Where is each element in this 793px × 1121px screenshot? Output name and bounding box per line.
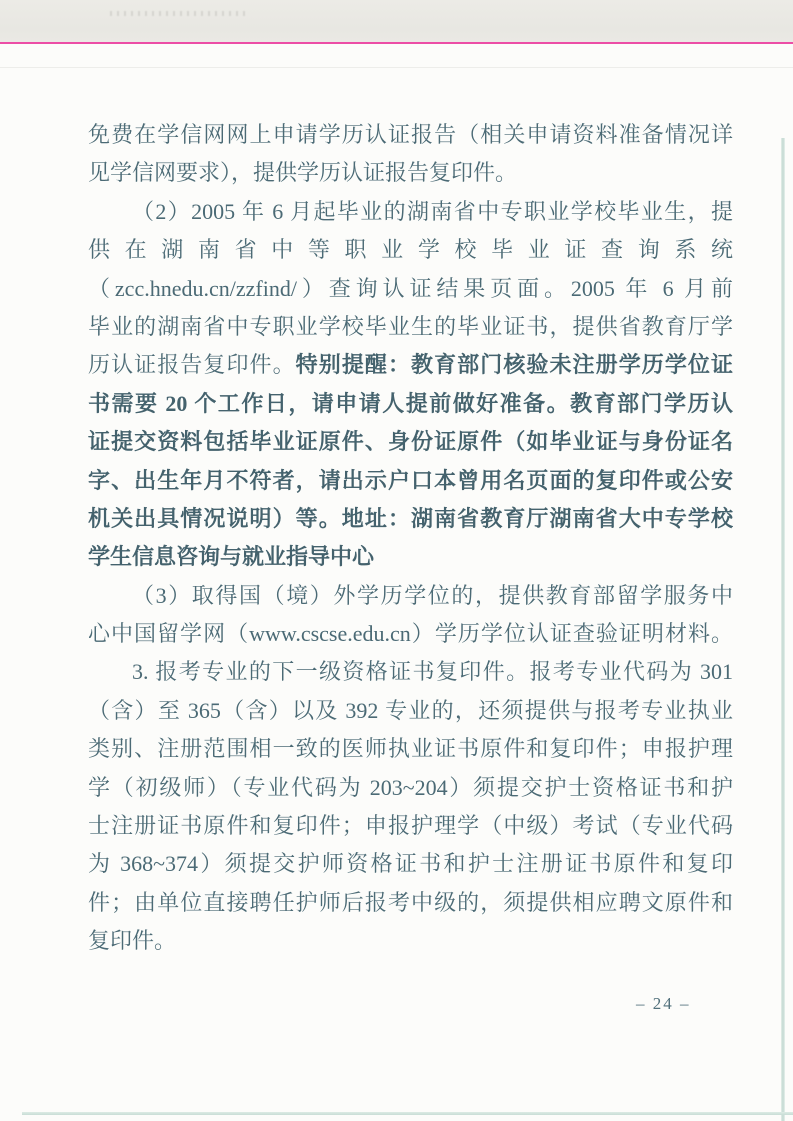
text-line: 心中国留学网（www.cscse.edu.cn）学历学位认证查验证明材料。 [88,615,733,653]
text-line: 字、出生年月不符者，请出示户口本曾用名页面的复印件或公安 [88,462,733,500]
text-line: 为 368~374）须提交护师资格证书和护士注册证书原件和复印 [88,845,733,883]
bold-text-segment: 书需要 20 个工作日，请申请人提前做好准备。教育部门学历认 [88,391,733,416]
pink-horizontal-rule [0,42,793,44]
text-line: 见学信网要求），提供学历认证报告复印件。 [88,154,733,192]
bold-text-segment: 学生信息咨询与就业指导中心 [88,544,374,569]
text-segment: 件；由单位直接聘任护师后报考中级的，须提供相应聘文原件和 [88,890,733,915]
text-segment: 心中国留学网（www.cscse.edu.cn）学历学位认证查验证明材料。 [88,621,733,646]
text-segment: （2）2005 年 6 月起毕业的湖南省中专职业学校毕业生，提 [132,199,733,224]
text-line: 复印件。 [88,922,733,960]
scan-top-band [0,0,793,42]
text-segment: （含）至 365（含）以及 392 专业的，还须提供与报考专业执业 [88,698,733,723]
text-segment: 3. 报考专业的下一级资格证书复印件。报考专业代码为 301 [132,659,733,684]
text-line: 学生信息咨询与就业指导中心 [88,538,733,576]
text-line: 士注册证书原件和复印件；申报护理学（中级）考试（专业代码 [88,807,733,845]
faint-scan-line [0,67,793,68]
bold-text-segment: 证提交资料包括毕业证原件、身份证原件（如毕业证与身份证名 [88,429,733,454]
text-segment: 类别、注册范围相一致的医师执业证书原件和复印件；申报护理 [88,736,733,761]
text-line: 3. 报考专业的下一级资格证书复印件。报考专业代码为 301 [88,653,733,691]
text-segment: 免费在学信网网上申请学历认证报告（相关申请资料准备情况详 [88,122,733,147]
text-line: 书需要 20 个工作日，请申请人提前做好准备。教育部门学历认 [88,385,733,423]
text-segment: 学（初级师）（专业代码为 203~204）须提交护士资格证书和护 [88,775,733,800]
text-line: 毕业的湖南省中专职业学校毕业生的毕业证书，提供省教育厅学 [88,308,733,346]
text-segment: 历认证报告复印件。 [88,352,296,377]
text-line: 学（初级师）（专业代码为 203~204）须提交护士资格证书和护 [88,769,733,807]
bold-text-segment: 字、出生年月不符者，请出示户口本曾用名页面的复印件或公安 [88,468,733,493]
text-line: 件；由单位直接聘任护师后报考中级的，须提供相应聘文原件和 [88,884,733,922]
text-segment: 复印件。 [88,928,176,953]
bold-text-segment: 特别提醒：教育部门核验未注册学历学位证 [296,352,733,377]
text-segment: 供在湖南省中等职业学校毕业证查询系统 [88,237,733,262]
text-line: （zcc.hnedu.cn/zzfind/）查询认证结果页面。2005 年 6 … [88,270,733,308]
document-text: 免费在学信网网上申请学历认证报告（相关申请资料准备情况详见学信网要求），提供学历… [88,116,733,961]
text-line: （含）至 365（含）以及 392 专业的，还须提供与报考专业执业 [88,692,733,730]
scan-noise [110,11,250,16]
text-segment: 士注册证书原件和复印件；申报护理学（中级）考试（专业代码 [88,813,733,838]
text-segment: （3）取得国（境）外学历学位的，提供教育部留学服务中 [132,583,733,608]
text-segment: （zcc.hnedu.cn/zzfind/）查询认证结果页面。2005 年 6 … [88,276,733,301]
bottom-page-edge-line [22,1112,793,1115]
text-line: 历认证报告复印件。特别提醒：教育部门核验未注册学历学位证 [88,346,733,384]
text-line: 机关出具情况说明）等。地址：湖南省教育厅湖南省大中专学校 [88,500,733,538]
text-line: 供在湖南省中等职业学校毕业证查询系统 [88,231,733,269]
text-line: 证提交资料包括毕业证原件、身份证原件（如毕业证与身份证名 [88,423,733,461]
scanned-document-page: 免费在学信网网上申请学历认证报告（相关申请资料准备情况详见学信网要求），提供学历… [0,0,793,1121]
bold-text-segment: 机关出具情况说明）等。地址：湖南省教育厅湖南省大中专学校 [88,506,733,531]
text-line: （3）取得国（境）外学历学位的，提供教育部留学服务中 [88,577,733,615]
text-line: （2）2005 年 6 月起毕业的湖南省中专职业学校毕业生，提 [88,193,733,231]
text-segment: 见学信网要求），提供学历认证报告复印件。 [88,160,517,185]
text-line: 类别、注册范围相一致的医师执业证书原件和复印件；申报护理 [88,730,733,768]
text-line: 免费在学信网网上申请学历认证报告（相关申请资料准备情况详 [88,116,733,154]
text-segment: 为 368~374）须提交护师资格证书和护士注册证书原件和复印 [88,851,733,876]
text-segment: 毕业的湖南省中专职业学校毕业生的毕业证书，提供省教育厅学 [88,314,733,339]
page-number: – 24 – [636,994,691,1014]
right-page-edge-line [781,138,785,1121]
